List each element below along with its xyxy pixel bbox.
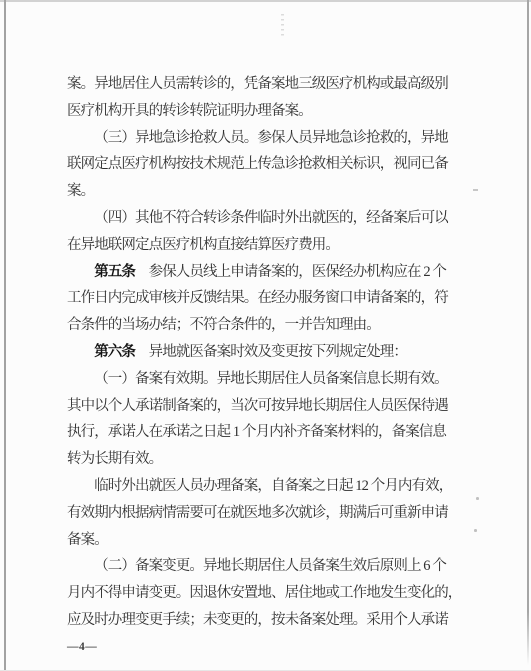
scan-edge-right (527, 0, 529, 665)
scan-edge-top (0, 0, 531, 2)
text-line: 案。 (67, 178, 467, 205)
scan-edge-left (4, 0, 6, 671)
article-number: 第五条 (94, 264, 135, 280)
text-line: 合条件的当场办结；不符合条件的，一并告知理由。 (67, 312, 467, 339)
scan-artifact-smudge (281, 14, 284, 38)
document-body: 案。异地居住人员需转诊的，凭备案地三级医疗机构或最高级别医疗机构开具的转诊转院证… (67, 71, 467, 634)
text-line: 在异地联网定点医疗机构直接结算医疗费用。 (67, 232, 467, 259)
article-number: 第六条 (94, 344, 135, 360)
scan-artifact-speck (474, 529, 477, 532)
text-line: （二）备案变更。异地长期居住人员备案生效后原则上 6 个 (67, 553, 467, 580)
text-line: 临时外出就医人员办理备案，自备案之日起 12 个月内有效， (67, 473, 467, 500)
scanned-document-page: 案。异地居住人员需转诊的，凭备案地三级医疗机构或最高级别医疗机构开具的转诊转院证… (0, 0, 531, 671)
scan-artifact-speck (473, 189, 478, 191)
text-line: 医疗机构开具的转诊转院证明办理备案。 (67, 98, 467, 125)
page-number: —4— (67, 641, 97, 653)
text-line: 应及时办理变更手续；未变更的，按未备案处理。采用个人承诺 (67, 607, 467, 634)
text-line: 工作日内完成审核并反馈结果。在经办服务窗口申请备案的，符 (67, 285, 467, 312)
text-line: 第六条 异地就医备案时效及变更按下列规定处理： (67, 339, 467, 366)
text-line: 第五条 参保人员线上申请备案的，医保经办机构应在 2 个 (67, 259, 467, 286)
text-line: （三）异地急诊抢救人员。参保人员异地急诊抢救的，异地 (67, 125, 467, 152)
text-line: 执行，承诺人在承诺之日起 1 个月内补齐备案材料的，备案信息 (67, 419, 467, 446)
text-line: 其中以个人承诺制备案的，当次可按异地长期居住人员医保待遇 (67, 393, 467, 420)
text-line: 有效期内根据病情需要可在就医地多次就诊，期满后可重新申请 (67, 500, 467, 527)
scan-artifact-speck (476, 497, 479, 500)
text-line: （一）备案有效期。异地长期居住人员备案信息长期有效。 (67, 366, 467, 393)
text-line: 案。异地居住人员需转诊的，凭备案地三级医疗机构或最高级别 (67, 71, 467, 98)
text-line: （四）其他不符合转诊条件临时外出就医的，经备案后可以 (67, 205, 467, 232)
text-line: 备案。 (67, 527, 467, 554)
text-line: 联网定点医疗机构按技术规范上传急诊抢救相关标识，视同已备 (67, 151, 467, 178)
text-line: 转为长期有效。 (67, 446, 467, 473)
text-line: 月内不得申请变更。因退休安置地、居住地或工作地发生变化的， (67, 580, 467, 607)
